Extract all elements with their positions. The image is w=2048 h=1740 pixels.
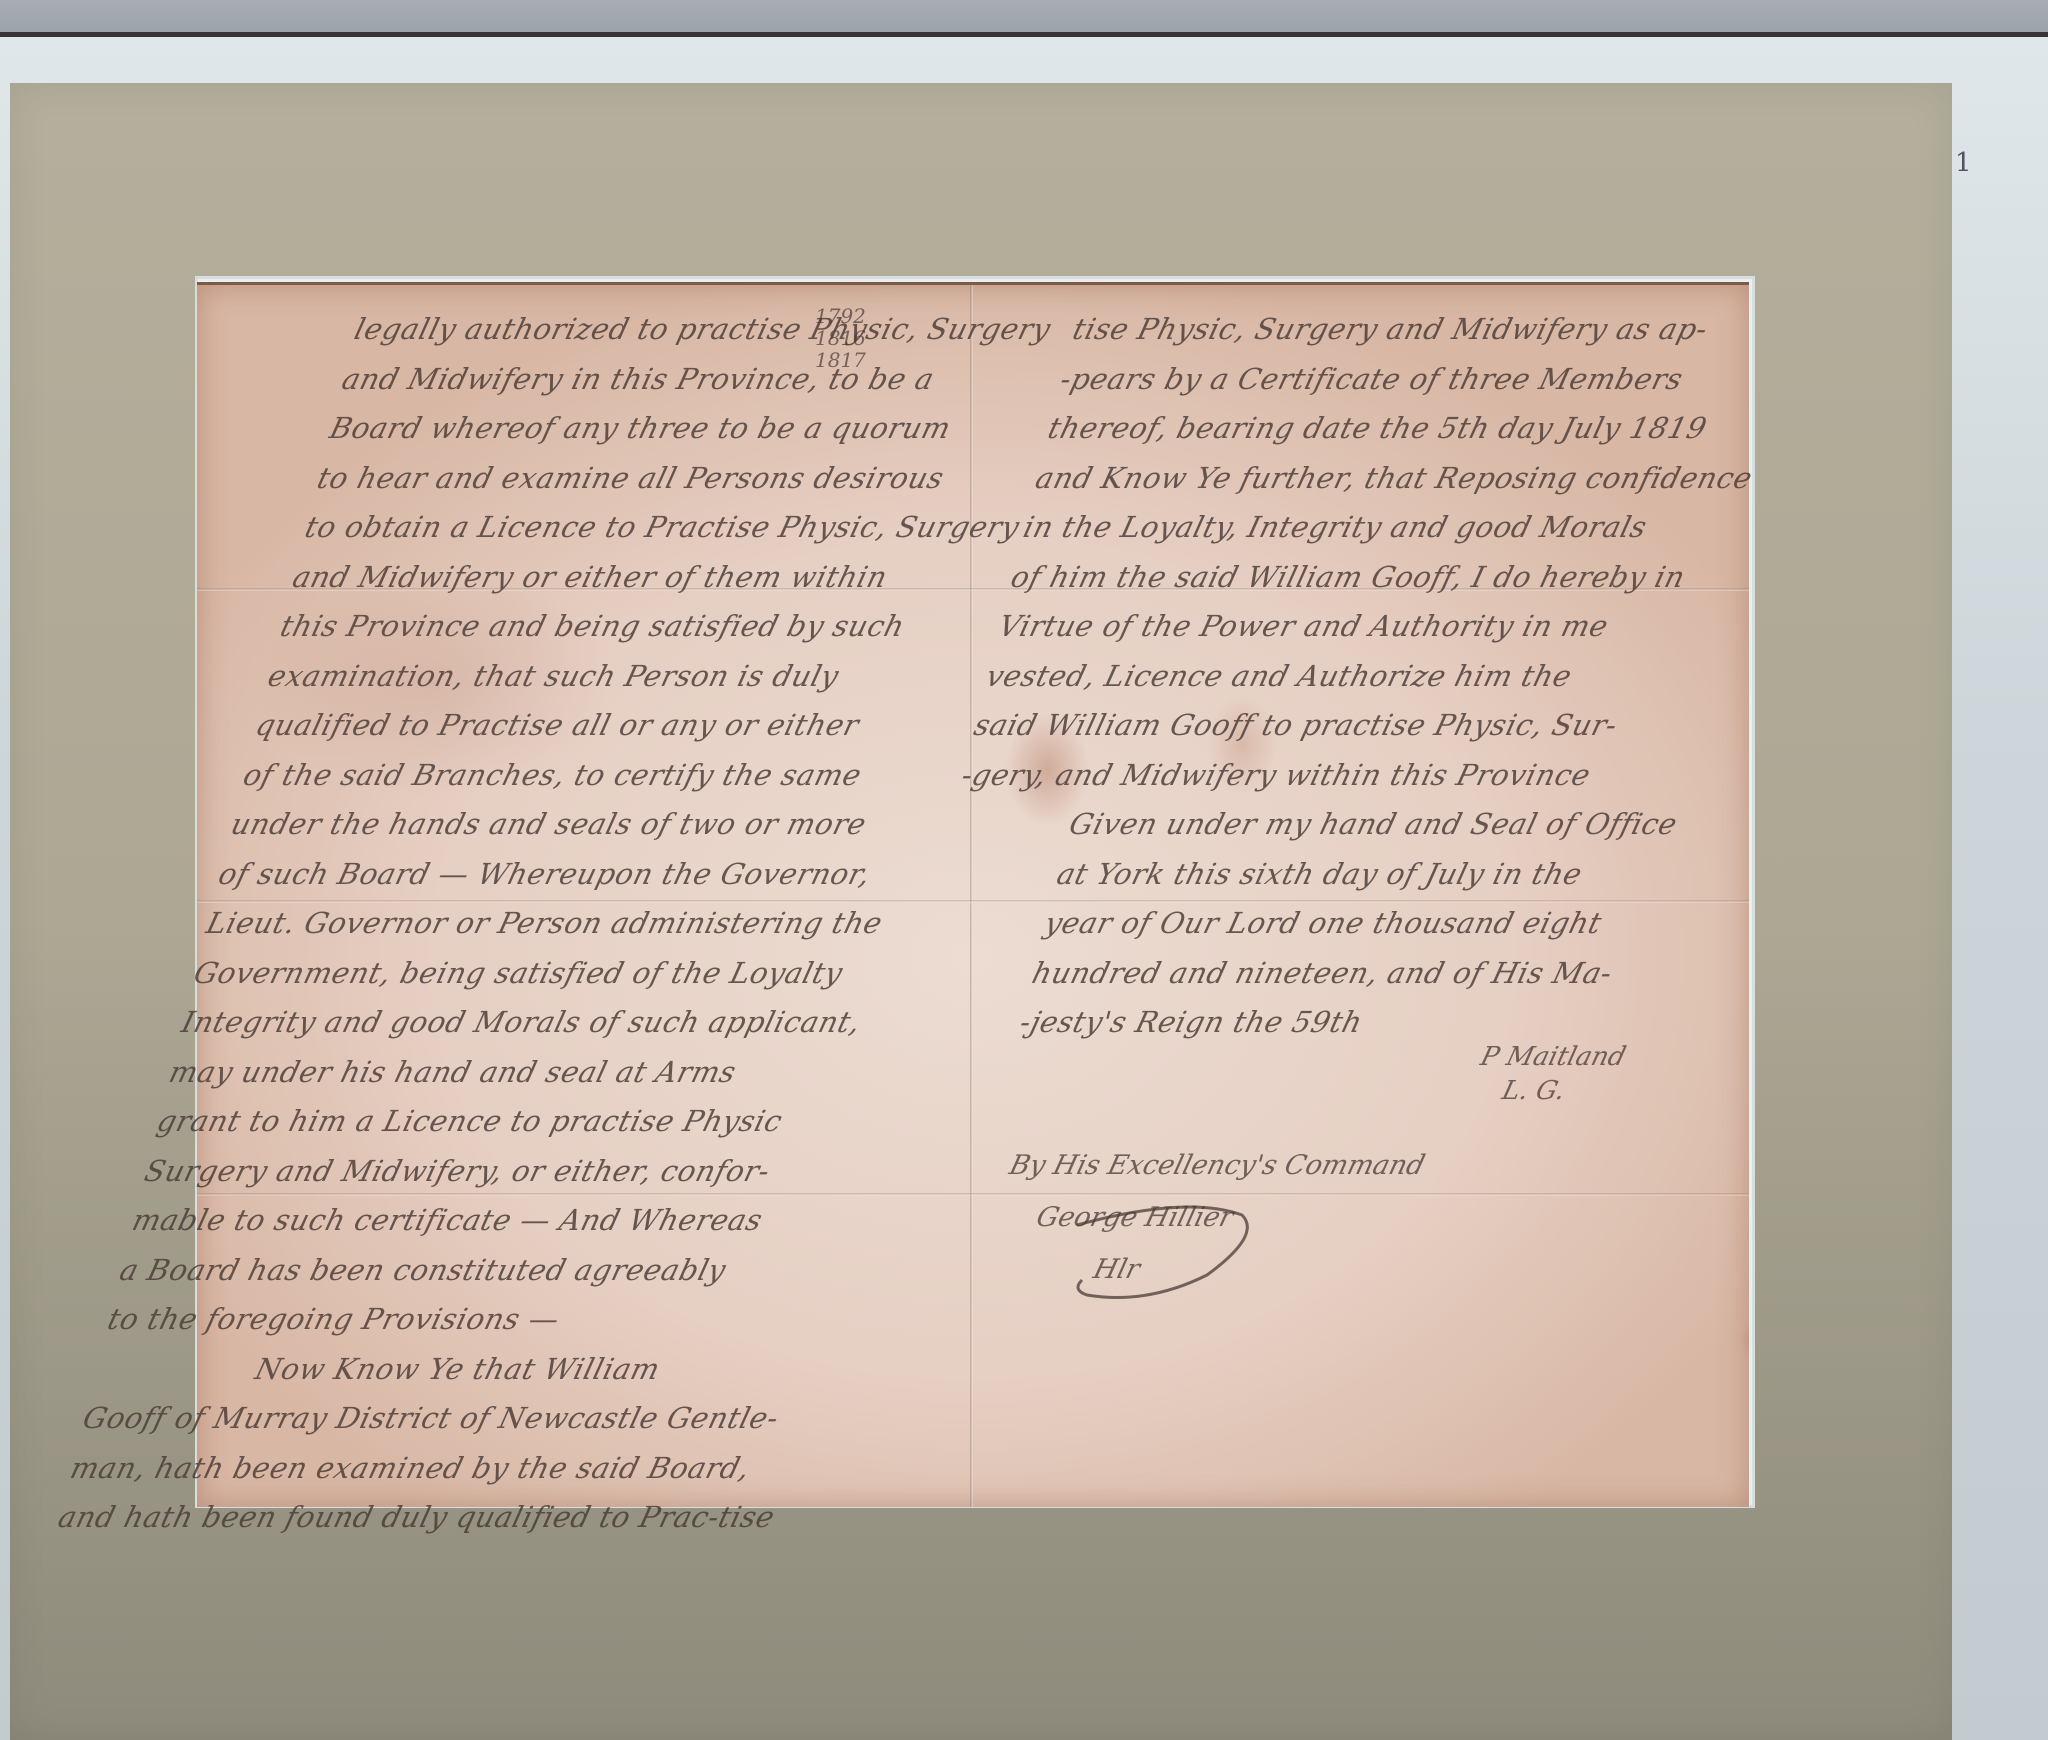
text-line: of him the said William Gooff, I do here… (1006, 553, 1758, 603)
text-line: legally authorized to practise Physic, S… (349, 305, 1101, 355)
text-line: under the hands and seals of two or more (226, 800, 978, 850)
text-line: to the foregoing Provisions — (102, 1295, 854, 1345)
text-line: of such Board — Whereupon the Governor, (213, 850, 965, 900)
signature-flourish-icon (1067, 1205, 1257, 1305)
text-line: Gooff of Murray District of Newcastle Ge… (77, 1394, 829, 1444)
text-line: vested, Licence and Authorize him the (981, 652, 1733, 702)
document-paper: 1792 1816 1817 legally authorized to pra… (197, 282, 1749, 1507)
closing-line: hundred and nineteen, and of His Ma- (907, 949, 1659, 999)
page-number: 1 (1955, 148, 1972, 178)
closing-line: year of Our Lord one thousand eight (919, 899, 1671, 949)
text-line: to obtain a Licence to Practise Physic, … (300, 503, 1052, 553)
text-line: and Midwifery in this Province, to be a (337, 355, 1089, 405)
text-line: Government, being satisfied of the Loyal… (188, 949, 940, 999)
text-line: Lieut. Governor or Person administering … (201, 899, 953, 949)
text-line: examination, that such Person is duly (263, 652, 1015, 702)
text-line: Virtue of the Power and Authority in me (993, 602, 1745, 652)
text-line: in the Loyalty, Integrity and good Moral… (1018, 503, 1770, 553)
text-line: Board whereof any three to be a quorum (324, 404, 1076, 454)
closing-line: Given under my hand and Seal of Office (944, 800, 1696, 850)
text-line: Surgery and Midwifery, or either, confor… (139, 1147, 891, 1197)
text-line: and hath been found duly qualified to Pr… (53, 1493, 805, 1543)
text-line: Integrity and good Morals of such applic… (176, 998, 928, 1048)
text-line: grant to him a Licence to practise Physi… (151, 1097, 903, 1147)
text-line: said William Gooff to practise Physic, S… (968, 701, 1720, 751)
text-line: and Know Ye further, that Reposing confi… (1030, 454, 1782, 504)
governor-signature: P Maitland L. G. (1469, 1040, 1630, 1108)
text-line: of the said Branches, to certify the sam… (238, 751, 990, 801)
text-line: and Midwifery or either of them within (287, 553, 1039, 603)
text-line: qualified to Practise all or any or eith… (250, 701, 1002, 751)
text-line: may under his hand and seal at Arms (164, 1048, 916, 1098)
text-line: mable to such certificate — And Whereas (127, 1196, 879, 1246)
text-line: Now Know Ye that William (90, 1345, 842, 1395)
text-line: man, hath been examined by the said Boar… (65, 1444, 817, 1494)
text-line: a Board has been constituted agreeably (114, 1246, 866, 1296)
text-line: this Province and being satisfied by suc… (275, 602, 1027, 652)
text-line: tise Physic, Surgery and Midwifery as ap… (1067, 305, 1819, 355)
text-line: -gery, and Midwifery within this Provinc… (956, 751, 1708, 801)
text-line: -pears by a Certificate of three Members (1055, 355, 1807, 405)
closing-line: at York this sixth day of July in the (931, 850, 1683, 900)
text-line: thereof, bearing date the 5th day July 1… (1043, 404, 1795, 454)
protective-sheet (0, 0, 2048, 36)
text-line: to hear and examine all Persons desirous (312, 454, 1064, 504)
